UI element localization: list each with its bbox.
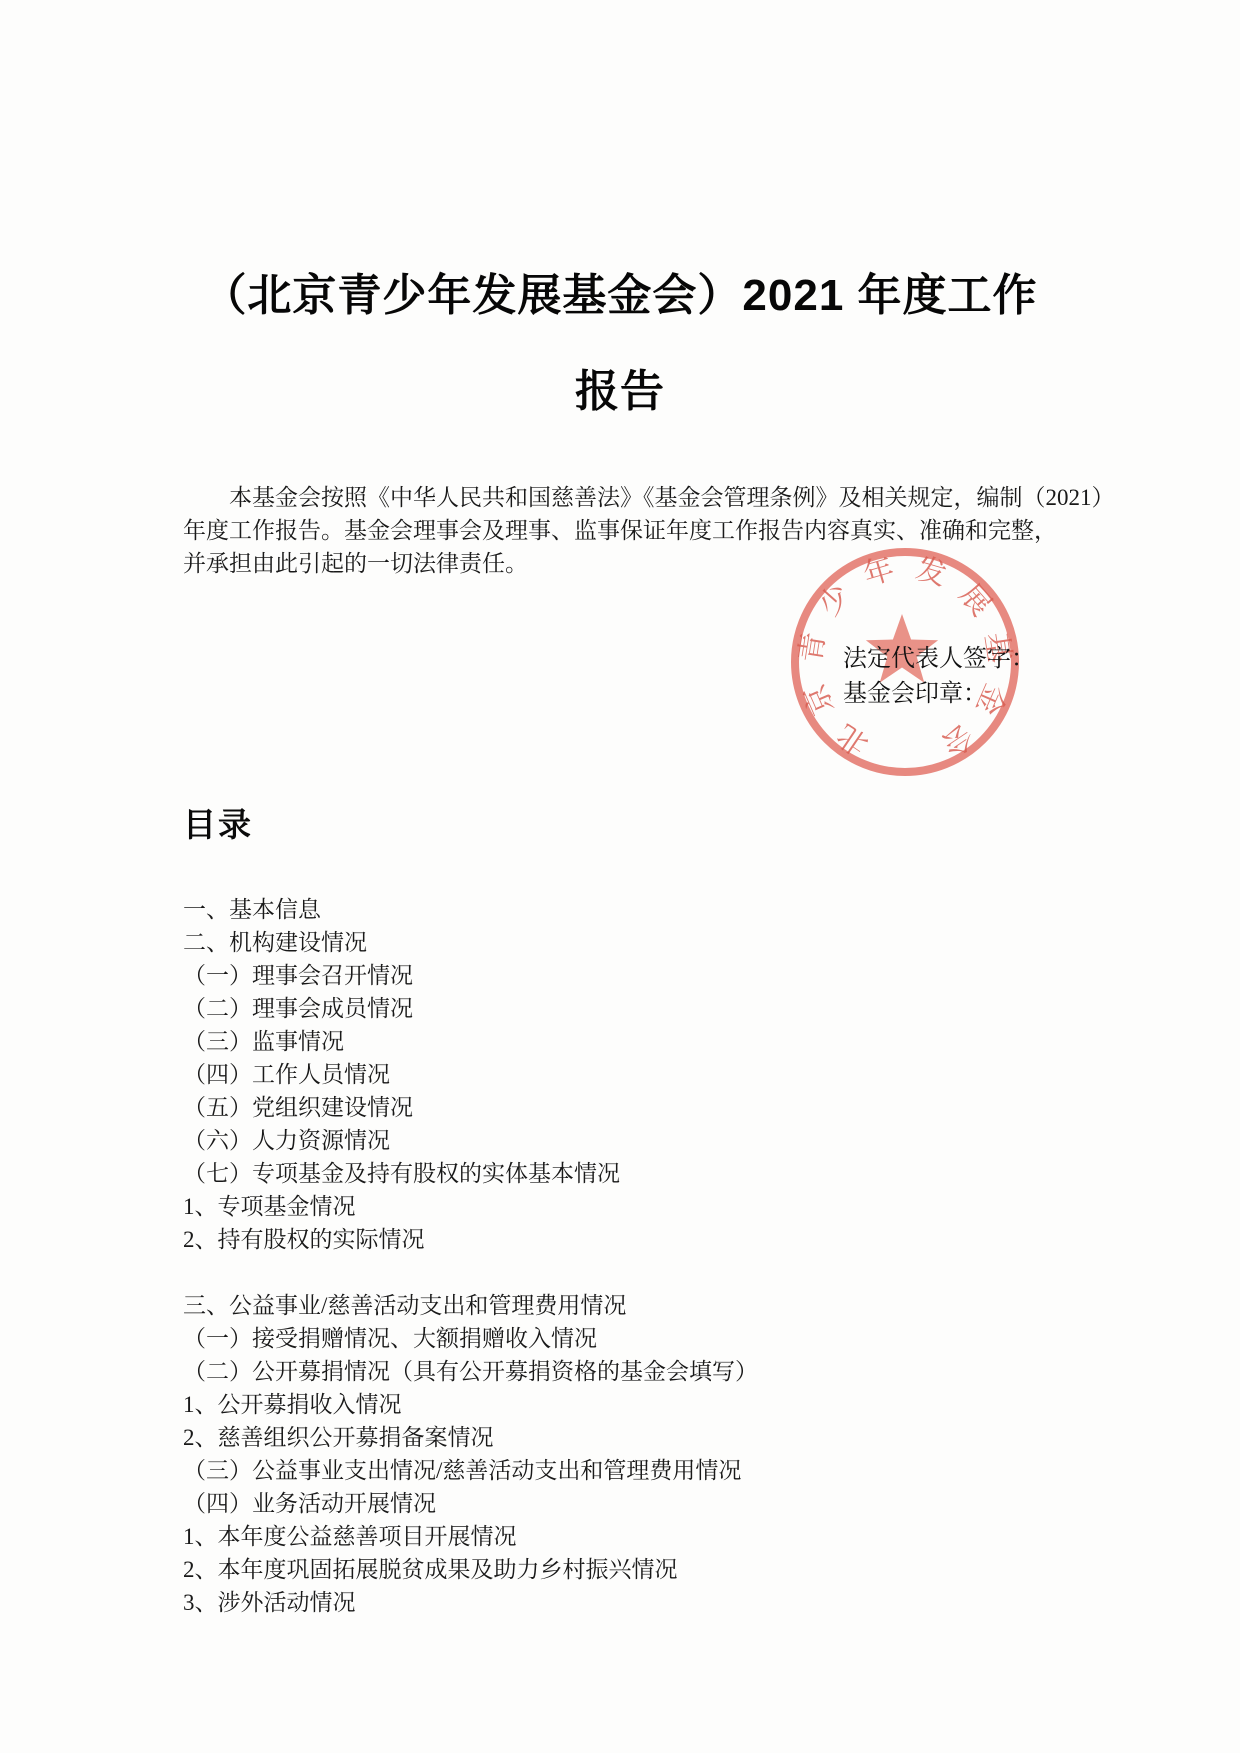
toc-item: （六）人力资源情况 — [183, 1124, 758, 1157]
toc-item: （五）党组织建设情况 — [183, 1091, 758, 1124]
page-title: （北京青少年发展基金会）2021 年度工作 报告 — [0, 248, 1240, 440]
toc-item: 一、基本信息 — [183, 893, 758, 926]
seal-ring-char: 会 — [936, 717, 979, 761]
toc-heading: 目录 — [183, 799, 253, 846]
toc-item: （三）监事情况 — [183, 1025, 758, 1058]
toc-item: 1、本年度公益慈善项目开展情况 — [183, 1520, 758, 1553]
toc-item: 2、本年度巩固拓展脱贫成果及助力乡村振兴情况 — [183, 1553, 758, 1586]
seal-ring-char: 年 — [860, 552, 898, 592]
toc-item: 3、涉外活动情况 — [183, 1586, 758, 1619]
toc-item: 三、公益事业/慈善活动支出和管理费用情况 — [183, 1289, 758, 1322]
signature-label: 法定代表人签字： — [843, 642, 1035, 677]
toc-item: （二）公开募捐情况（具有公开募捐资格的基金会填写） — [183, 1355, 758, 1388]
intro-line: 本基金会按照《中华人民共和国慈善法》《基金会管理条例》及相关规定，编制（2021… — [183, 481, 1073, 514]
page-title-line1: （北京青少年发展基金会）2021 年度工作 — [0, 248, 1240, 344]
toc-item: 二、机构建设情况 — [183, 926, 758, 959]
toc-item: （三）公益事业支出情况/慈善活动支出和管理费用情况 — [183, 1454, 758, 1487]
seal-ring-char: 青 — [794, 630, 831, 665]
toc-item: （四）工作人员情况 — [183, 1058, 758, 1091]
toc-list: 一、基本信息 二、机构建设情况 （一）理事会召开情况 （二）理事会成员情况 （三… — [183, 893, 758, 1619]
seal-labels: 法定代表人签字： 基金会印章： — [843, 642, 1035, 712]
toc-item: （一）接受捐赠情况、大额捐赠收入情况 — [183, 1322, 758, 1355]
document-page: （北京青少年发展基金会）2021 年度工作 报告 本基金会按照《中华人民共和国慈… — [0, 0, 1240, 1753]
seal-ring-char: 少 — [812, 578, 857, 622]
toc-item: 1、公开募捐收入情况 — [183, 1388, 758, 1421]
page-title-line2: 报告 — [0, 344, 1240, 440]
toc-item: （一）理事会召开情况 — [183, 959, 758, 992]
seal-ring-char: 展 — [953, 578, 998, 622]
seal-ring-char: 发 — [912, 552, 950, 592]
toc-item: 2、慈善组织公开募捐备案情况 — [183, 1421, 758, 1454]
toc-item: （二）理事会成员情况 — [183, 992, 758, 1025]
toc-item: （七）专项基金及持有股权的实体基本情况 — [183, 1157, 758, 1190]
toc-item: 1、专项基金情况 — [183, 1190, 758, 1223]
toc-item: （四）业务活动开展情况 — [183, 1487, 758, 1520]
stamp-label: 基金会印章： — [843, 677, 1035, 712]
toc-item: 2、持有股权的实际情况 — [183, 1223, 758, 1256]
seal-ring-char: 北 — [831, 717, 874, 761]
